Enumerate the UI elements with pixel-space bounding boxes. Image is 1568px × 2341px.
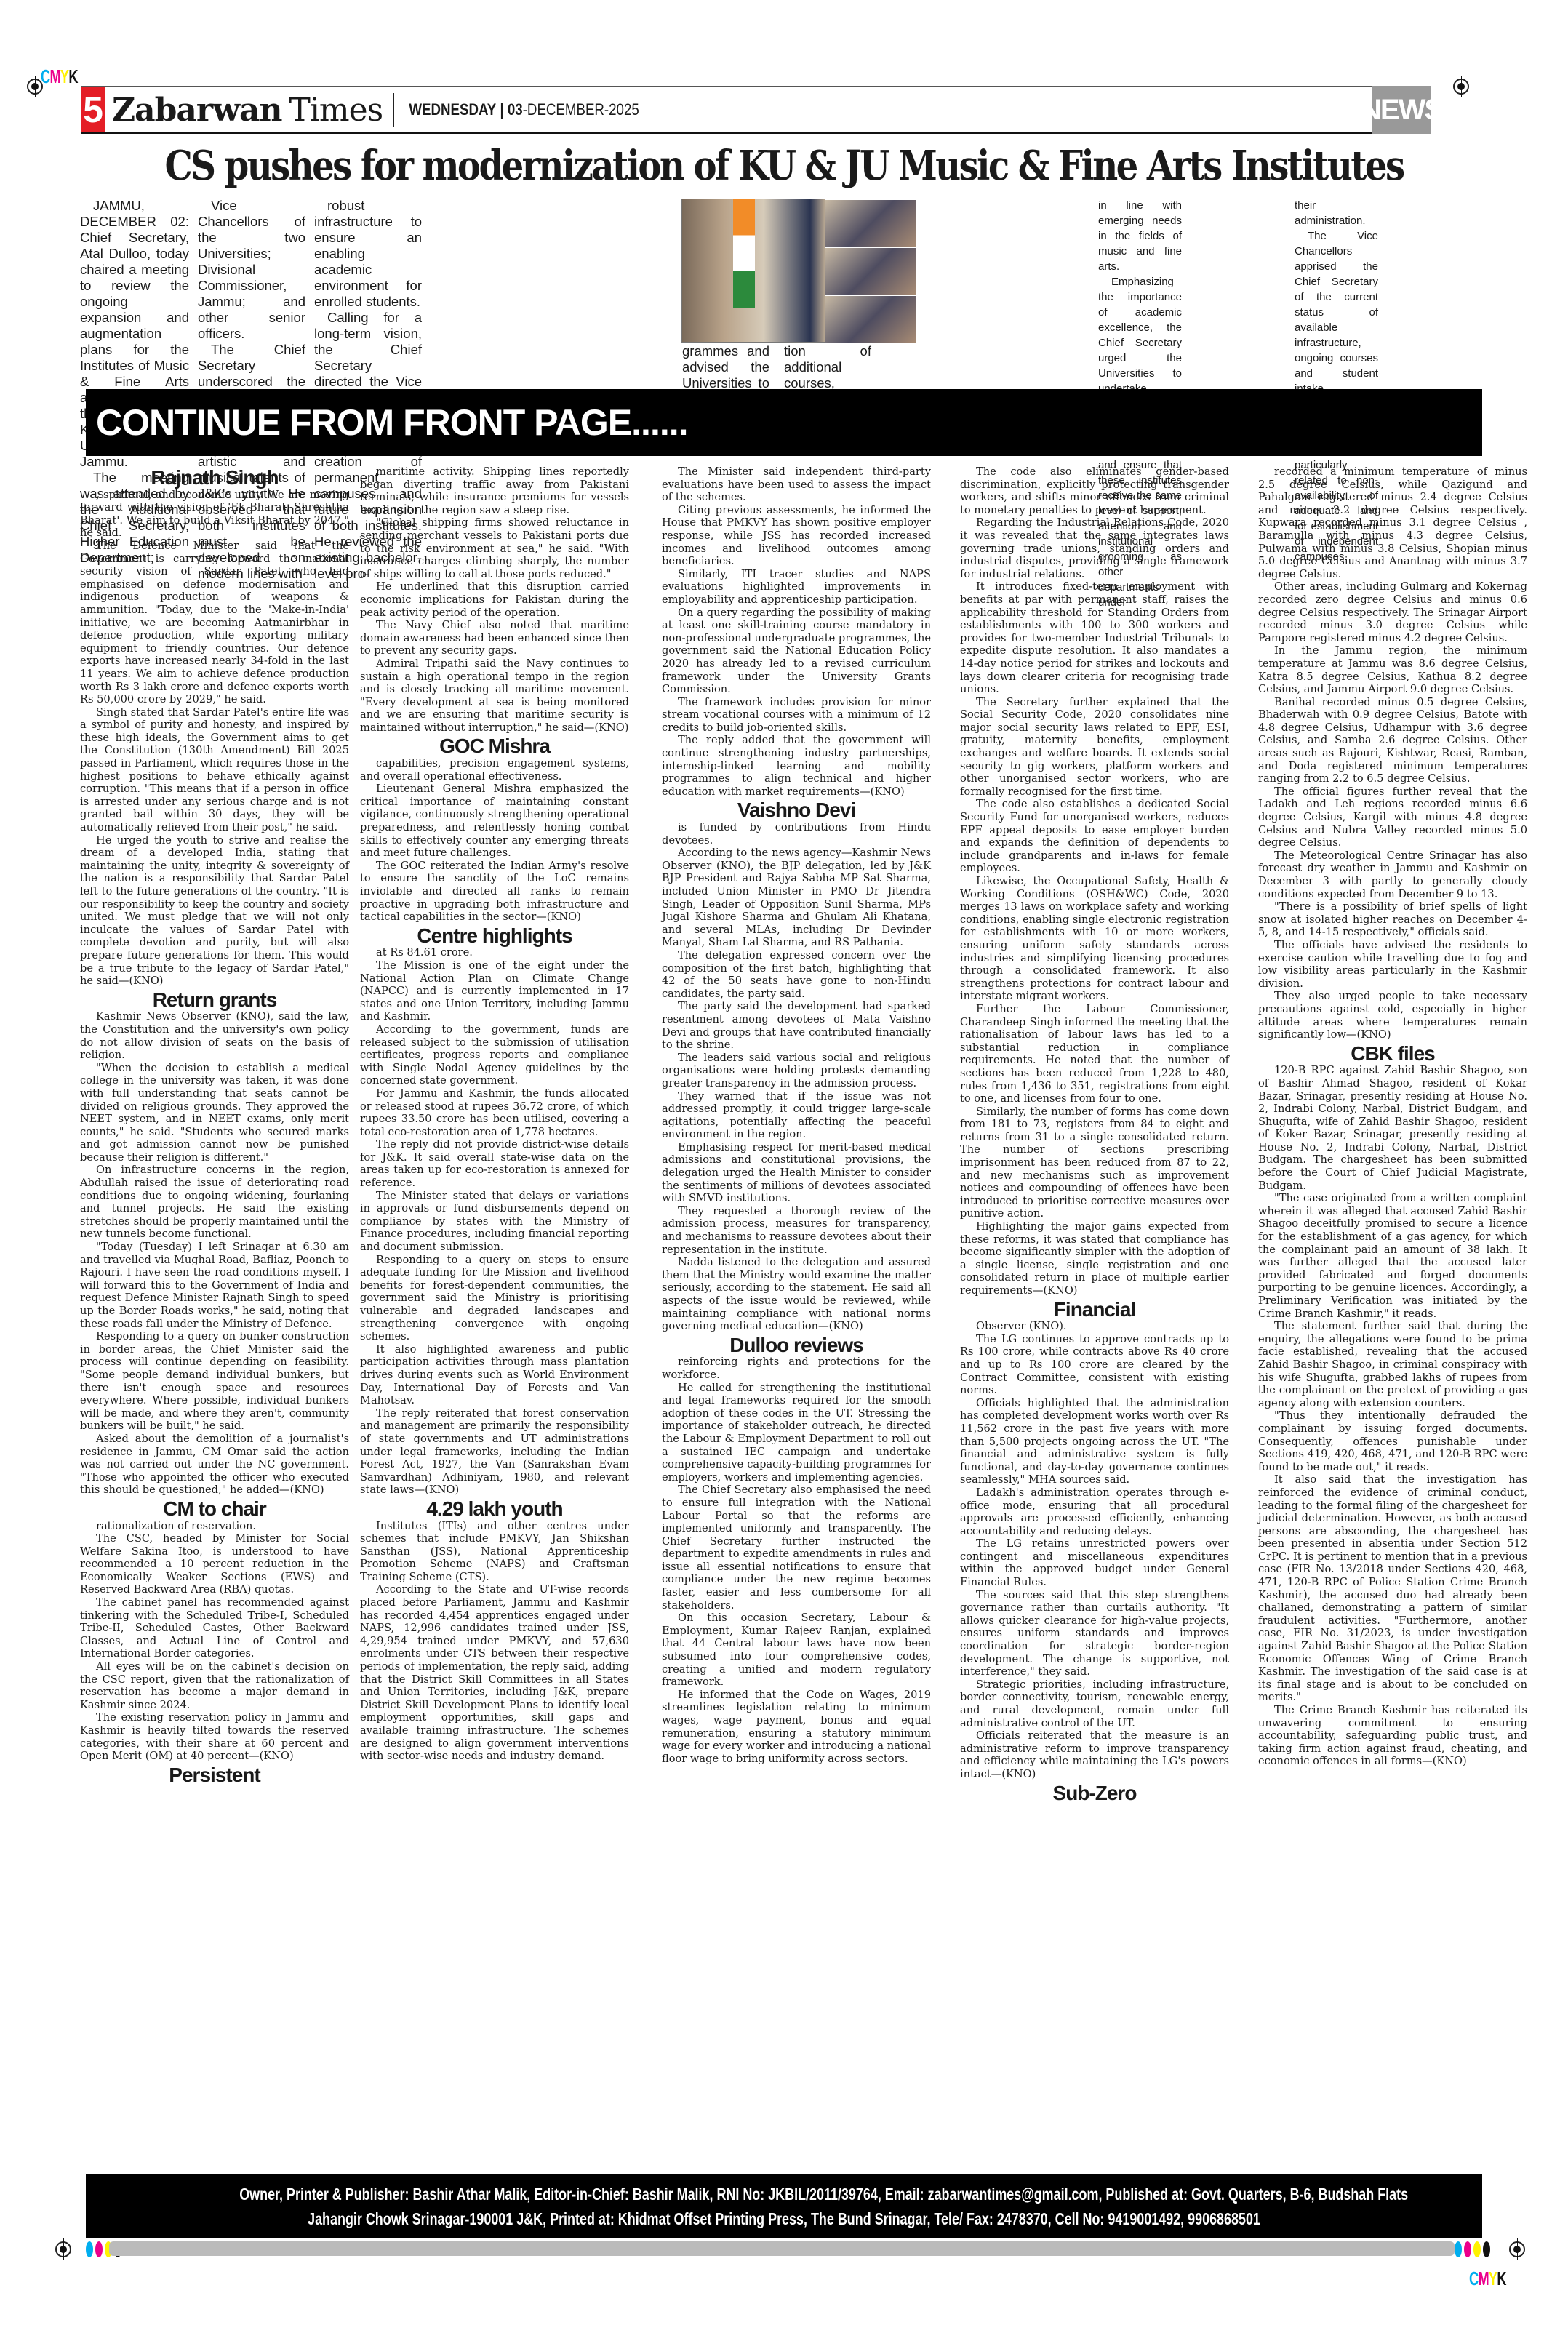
paragraph: The code also establishes a dedicated So… — [960, 798, 1229, 875]
story-heading: Dulloo reviews — [662, 1339, 931, 1352]
paragraph: "The case originated from a written comp… — [1258, 1192, 1527, 1320]
paragraph: is funded by contributions from Hindu de… — [662, 821, 931, 847]
paragraph: Ladakh's administration operates through… — [960, 1486, 1229, 1537]
paragraph: The sources said that this step strength… — [960, 1589, 1229, 1678]
paragraph: reinforcing rights and protections for t… — [662, 1356, 931, 1381]
paragraph: According to the news agency—Kashmir New… — [662, 847, 931, 949]
paragraph: The Meteorological Centre Srinagar has a… — [1258, 849, 1527, 900]
paragraph: On this occasion Secretary, Labour & Emp… — [662, 1612, 931, 1689]
paragraph: The Minister said independent third-part… — [662, 465, 931, 504]
paragraph: According to the government, funds are r… — [360, 1023, 629, 1087]
cyan-swatch — [86, 2241, 93, 2257]
paragraph: The Defence Minister said that the Gover… — [80, 540, 349, 706]
paragraph: capabilities, precision engagement syste… — [360, 757, 629, 783]
paragraph: Responding to a query on steps to ensure… — [360, 1254, 629, 1343]
story-heading: Persistent — [80, 1769, 349, 1782]
paragraph: The GOC reiterated the Indian Army's res… — [360, 860, 629, 924]
story-heading: CBK files — [1258, 1047, 1527, 1060]
date-day: 03 — [508, 100, 523, 119]
paragraph: Observer (KNO). — [960, 1320, 1229, 1333]
paragraph: He called for strengthening the institut… — [662, 1382, 931, 1484]
paragraph: The CSC, headed by Minister for Social W… — [80, 1532, 349, 1596]
paragraph: The delegation expressed concern over th… — [662, 949, 931, 1000]
cmyk-mark-top: CMYK — [41, 65, 78, 88]
paragraph: The reply reiterated that forest conserv… — [360, 1407, 629, 1497]
paragraph: Similarly, the number of forms has come … — [960, 1105, 1229, 1220]
paper-name: ZabarwanTimes — [105, 87, 393, 132]
paragraph: Regarding the Industrial Relations Code,… — [960, 516, 1229, 580]
paragraph: The Crime Branch Kashmir has reiterated … — [1258, 1704, 1527, 1768]
magenta-swatch — [95, 2241, 103, 2257]
registration-mark-icon — [1509, 2241, 1525, 2257]
grey-density-bar — [109, 2241, 1455, 2256]
paragraph: 120-B RPC against Zahid Bashir Shagoo, s… — [1258, 1064, 1527, 1192]
paragraph: The reply did not provide district-wise … — [360, 1138, 629, 1189]
paragraph: The leaders said various social and reli… — [662, 1052, 931, 1090]
paragraph: The statement further said that during t… — [1258, 1320, 1527, 1409]
cmyk-mark-bottom: CMYK — [1469, 2268, 1506, 2290]
imprint-line-2: Jahangir Chowk Srinagar-190001 J&K, Prin… — [239, 2206, 1329, 2231]
paragraph: The party said the development had spark… — [662, 1000, 931, 1051]
paragraph: The Secretary further explained that the… — [960, 696, 1229, 799]
paragraph: rationalization of reservation. — [80, 1520, 349, 1533]
dateline: WEDNESDAY | 03-DECEMBER-2025 — [394, 87, 639, 132]
paragraph: They warned that if the issue was not ad… — [662, 1090, 931, 1141]
paragraph: It also said that the investigation has … — [1258, 1473, 1527, 1704]
paragraph: He urged the youth to strive and realise… — [80, 834, 349, 988]
paragraph: Further the Labour Commissioner, Charand… — [960, 1003, 1229, 1105]
paragraph: The Navy Chief also noted that maritime … — [360, 619, 629, 657]
magenta-swatch — [1464, 2241, 1471, 2257]
paragraph: Officials highlighted that the administr… — [960, 1397, 1229, 1486]
paragraph: He informed that the Code on Wages, 2019… — [662, 1689, 931, 1766]
paragraph: recorded a minimum temperature of minus … — [1258, 465, 1527, 580]
paragraph: Other areas, including Gulmarg and Koker… — [1258, 580, 1527, 644]
paragraph: "Thus they intentionally defrauded the c… — [1258, 1409, 1527, 1473]
paragraph: On a query regarding the possibility of … — [662, 607, 931, 696]
paragraph: their administration. — [1295, 198, 1378, 228]
paragraph: The Chief Secretary also emphasised the … — [662, 1484, 931, 1612]
date-separator: | — [500, 100, 504, 119]
paragraph: All eyes will be on the cabinet's decisi… — [80, 1660, 349, 1711]
paragraph: Vice Chancellors of the two Universities… — [198, 198, 305, 342]
paragraph: Highlighting the major gains expected fr… — [960, 1220, 1229, 1297]
story-heading: GOC Mishra — [360, 740, 629, 753]
paragraph: Institutes (ITIs) and other centres unde… — [360, 1520, 629, 1584]
paragraph: Officials reiterated that the measure is… — [960, 1729, 1229, 1780]
column-3: The Minister said independent third-part… — [662, 465, 931, 1765]
paragraph: Banihal recorded minus 0.5 degree Celsiu… — [1258, 696, 1527, 785]
black-swatch — [1483, 2241, 1490, 2257]
registration-mark-icon — [27, 79, 43, 95]
registration-mark-icon — [55, 2241, 71, 2257]
weekday: WEDNESDAY — [409, 100, 497, 119]
paragraph: It also highlighted awareness and public… — [360, 1343, 629, 1407]
paragraph: For Jammu and Kashmir, the funds allocat… — [360, 1087, 629, 1138]
photo-inset — [825, 295, 916, 343]
column-5: recorded a minimum temperature of minus … — [1258, 465, 1527, 1768]
column-4: The code also eliminates gender-based di… — [960, 465, 1229, 1804]
story-heading: Centre highlights — [360, 929, 629, 943]
paragraph: , spiritual, and economic unity. We are … — [80, 489, 349, 540]
imprint-footer: Owner, Printer & Publisher: Bashir Athar… — [86, 2174, 1482, 2238]
paragraph: The LG continues to approve contracts up… — [960, 1333, 1229, 1397]
story-heading: Vaishno Devi — [662, 804, 931, 817]
paragraph: robust infrastructure to ensure an enabl… — [314, 198, 422, 310]
paragraph: Likewise, the Occupational Safety, Healt… — [960, 875, 1229, 1003]
paragraph: The cabinet panel has recommended agains… — [80, 1596, 349, 1660]
paragraph: It introduces fixed-term employment with… — [960, 580, 1229, 695]
paragraph: Emphasising respect for merit-based medi… — [662, 1141, 931, 1205]
paragraph: Admiral Tripathi said the Navy continues… — [360, 657, 629, 735]
story-heading: Financial — [960, 1303, 1229, 1316]
paper-name-light: Times — [289, 92, 383, 129]
page-number: 5 — [81, 87, 105, 132]
paragraph: "There is a possibility of brief spells … — [1258, 900, 1527, 939]
paragraph: The LG retains unrestricted powers over … — [960, 1537, 1229, 1588]
masthead: 5 ZabarwanTimes WEDNESDAY | 03-DECEMBER-… — [81, 86, 1402, 134]
paragraph: Nadda listened to the delegation and ass… — [662, 1256, 931, 1333]
cyan-swatch — [1455, 2241, 1462, 2257]
paragraph: in line with emerging needs in the field… — [1098, 198, 1182, 274]
lead-headline: CS pushes for modernization of KU & JU M… — [110, 142, 1458, 190]
story-heading: Rajnath Singh — [80, 471, 349, 484]
paragraph: He underlined that this disruption carri… — [360, 580, 629, 619]
photo-inset — [825, 247, 916, 295]
imprint-line-1: Owner, Printer & Publisher: Bashir Athar… — [239, 2182, 1329, 2206]
paragraph: Citing previous assessments, he informed… — [662, 504, 931, 568]
section-tag: NEWS — [1372, 86, 1431, 134]
date-month-year: -DECEMBER-2025 — [523, 100, 639, 119]
column-2: maritime activity. Shipping lines report… — [360, 465, 629, 1763]
registration-mark-icon — [1453, 79, 1469, 95]
paragraph: Kashmir News Observer (KNO), said the la… — [80, 1010, 349, 1061]
paragraph: Asked about the demolition of a journali… — [80, 1433, 349, 1497]
paragraph: The code also eliminates gender-based di… — [960, 465, 1229, 516]
color-swatches-right — [1455, 2241, 1490, 2257]
flag-image — [733, 199, 755, 308]
paragraph: In the Jammu region, the minimum tempera… — [1258, 644, 1527, 695]
story-heading: Sub-Zero — [960, 1787, 1229, 1800]
paragraph: The officials have advised the residents… — [1258, 939, 1527, 990]
paragraph: On infrastructure concerns in the region… — [80, 1164, 349, 1241]
paragraph: According to the State and UT-wise recor… — [360, 1583, 629, 1762]
paragraph: "Today (Tuesday) I left Srinagar at 6.30… — [80, 1241, 349, 1330]
story-heading: 4.29 lakh youth — [360, 1502, 629, 1516]
paragraph: The reply added that the government will… — [662, 734, 931, 798]
meeting-photo — [681, 199, 916, 343]
continued-stories: Rajnath Singh, spiritual, and economic u… — [80, 465, 1484, 2138]
paragraph: They also urged people to take necessary… — [1258, 990, 1527, 1041]
paragraph: "Global shipping firms showed reluctance… — [360, 516, 629, 580]
paragraph: The framework includes provision for min… — [662, 696, 931, 735]
paragraph: The Mission is one of the eight under th… — [360, 959, 629, 1023]
paragraph: at Rs 84.61 crore. — [360, 946, 629, 959]
paragraph: The existing reservation policy in Jammu… — [80, 1711, 349, 1762]
paragraph: The Minister stated that delays or varia… — [360, 1190, 629, 1254]
paragraph: They requested a thorough review of the … — [662, 1205, 931, 1256]
story-heading: CM to chair — [80, 1502, 349, 1516]
story-heading: Return grants — [80, 993, 349, 1007]
paragraph: Similarly, ITI tracer studies and NAPS e… — [662, 568, 931, 607]
photo-inset — [825, 199, 916, 247]
paragraph: The official figures further reveal that… — [1258, 785, 1527, 849]
yellow-swatch — [1473, 2241, 1481, 2257]
paragraph: maritime activity. Shipping lines report… — [360, 465, 629, 516]
column-1: Rajnath Singh, spiritual, and economic u… — [80, 465, 349, 1785]
paragraph: "When the decision to establish a medica… — [80, 1062, 349, 1164]
paper-name-bold: Zabarwan — [112, 92, 281, 129]
paragraph: Singh stated that Sardar Patel's entire … — [80, 706, 349, 834]
paragraph: Lieutenant General Mishra emphasized the… — [360, 783, 629, 860]
continue-banner: CONTINUE FROM FRONT PAGE...... — [86, 389, 1482, 456]
paragraph: Strategic priorities, including infrastr… — [960, 1678, 1229, 1729]
paragraph: Responding to a query on bunker construc… — [80, 1330, 349, 1433]
